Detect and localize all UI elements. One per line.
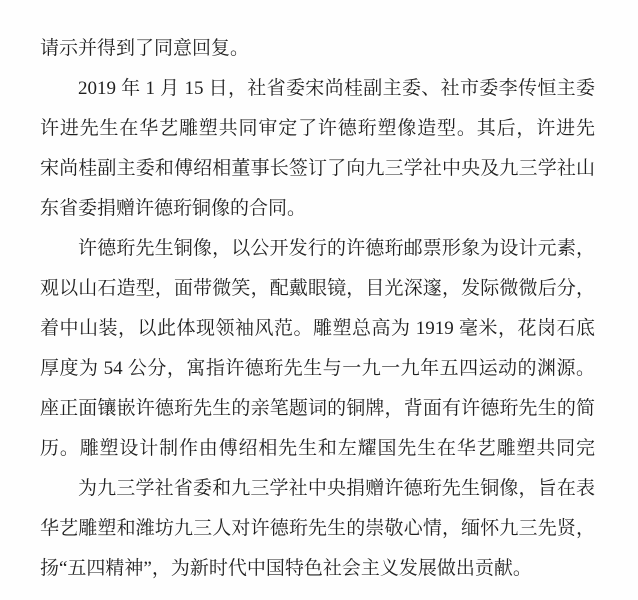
- text-line: 着中山装，以此体现领袖风范。雕塑总高为 1919 毫米，花岗石底座: [40, 309, 595, 349]
- text-block: 请示并得到了同意回复。 2019 年 1 月 15 日，社省委宋尚桂副主委、社市…: [40, 29, 595, 589]
- text-line: 2019 年 1 月 15 日，社省委宋尚桂副主委、社市委李传恒主委和: [40, 69, 595, 109]
- text-line: 为九三学社省委和九三学社中央捐赠许德珩先生铜像，旨在表达: [40, 469, 595, 509]
- text-line: 许进先生在华艺雕塑共同审定了许德珩塑像造型。其后，许进先生、: [40, 109, 595, 149]
- text-line: 华艺雕塑和潍坊九三人对许德珩先生的崇敬心情，缅怀九三先贤，弘: [40, 509, 595, 549]
- text-line: 宋尚桂副主委和傅绍相董事长签订了向九三学社中央及九三学社山: [40, 149, 595, 189]
- text-line: 座正面镶嵌许德珩先生的亲笔题词的铜牌，背面有许德珩先生的简: [40, 389, 595, 429]
- text-line: 许德珩先生铜像，以公开发行的许德珩邮票形象为设计元素，外: [40, 229, 595, 269]
- text-line: 厚度为 54 公分，寓指许德珩先生与一九一九年五四运动的渊源。底: [40, 349, 595, 389]
- text-line: 观以山石造型，面带微笑，配戴眼镜，目光深邃，发际微微后分，身: [40, 269, 595, 309]
- text-line: 历。雕塑设计制作由傅绍相先生和左耀国先生在华艺雕塑共同完成。: [40, 429, 595, 469]
- text-line: 扬“五四精神”，为新时代中国特色社会主义发展做出贡献。: [40, 549, 595, 589]
- text-line: 请示并得到了同意回复。: [40, 29, 595, 69]
- document-page: 请示并得到了同意回复。 2019 年 1 月 15 日，社省委宋尚桂副主委、社市…: [0, 0, 638, 600]
- text-line: 东省委捐赠许德珩铜像的合同。: [40, 189, 595, 229]
